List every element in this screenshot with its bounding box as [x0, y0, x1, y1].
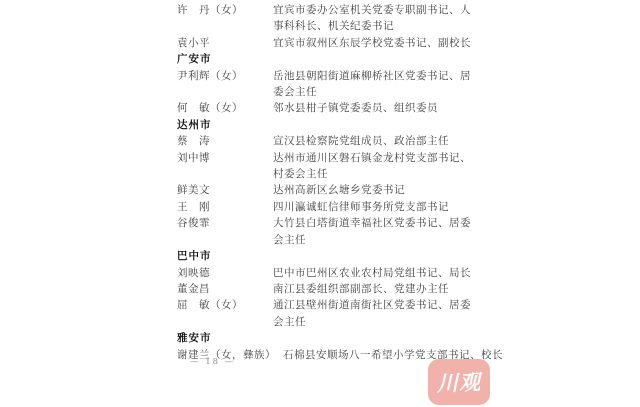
person-row: 谷俊霏大竹县白塔街道幸福社区党委书记、居委会主任 — [177, 215, 487, 248]
person-row: 刘映德巴中市巴州区农业农村局党组书记、局长 — [177, 265, 487, 281]
person-name: 董金昌 — [177, 281, 273, 297]
appointments-list: 许 丹（女）宜宾市委办公室机关党委专职副书记、人事科科长、机关纪委书记袁小平宜宾… — [177, 2, 487, 363]
position-line: 达州高新区幺塘乡党委书记 — [273, 182, 487, 198]
position-line: 巴中市巴州区农业农村局党组书记、局长 — [273, 265, 487, 281]
person-row: 屈 敏（女）通江县壁州街道南街社区党委书记、居委会主任 — [177, 297, 487, 330]
position-line: 委会主任 — [273, 84, 487, 100]
city-header: 广安市 — [177, 51, 487, 67]
person-row: 董金昌南江县委组织部副部长、党建办主任 — [177, 281, 487, 297]
person-name: 袁小平 — [177, 35, 273, 51]
person-row: 袁小平宜宾市叙州区东辰学校党委书记、副校长 — [177, 35, 487, 51]
person-name: 王 刚 — [177, 199, 273, 215]
person-name: 许 丹（女） — [177, 2, 273, 18]
position-line: 宜宾市叙州区东辰学校党委书记、副校长 — [273, 35, 487, 51]
position-line: 四川瀛诚虹信律师事务所党支部书记 — [273, 199, 487, 215]
person-name: 刘中博 — [177, 150, 273, 166]
person-row: 何 敏（女）邻水县柑子镇党委委员、组织委员 — [177, 100, 487, 116]
person-name: 何 敏（女） — [177, 100, 273, 116]
person-position: 宜宾市委办公室机关党委专职副书记、人事科科长、机关纪委书记 — [273, 2, 487, 35]
person-position: 达州高新区幺塘乡党委书记 — [273, 182, 487, 198]
person-position: 岳池县朝阳街道麻柳桥社区党委书记、居委会主任 — [273, 68, 487, 101]
position-line: 岳池县朝阳街道麻柳桥社区党委书记、居 — [273, 68, 487, 84]
person-position: 通江县壁州街道南街社区党委书记、居委会主任 — [273, 297, 487, 330]
person-position: 达州市通川区磐石镇金龙村党支部书记、村委会主任 — [273, 150, 487, 183]
page: { "page": { "background": "#ffffff", "pa… — [0, 0, 640, 407]
person-name: 屈 敏（女） — [177, 297, 273, 313]
person-position: 四川瀛诚虹信律师事务所党支部书记 — [273, 199, 487, 215]
person-row: 刘中博达州市通川区磐石镇金龙村党支部书记、村委会主任 — [177, 150, 487, 183]
person-position: 宣汉县检察院党组成员、政治部主任 — [273, 133, 487, 149]
person-name: 尹利辉（女） — [177, 68, 273, 84]
position-line: 通江县壁州街道南街社区党委书记、居委 — [273, 297, 487, 313]
position-line: 村委会主任 — [273, 166, 487, 182]
city-header: 雅安市 — [177, 330, 487, 346]
person-name: 鲜美文 — [177, 182, 273, 198]
person-position: 宜宾市叙州区东辰学校党委书记、副校长 — [273, 35, 487, 51]
person-row: 鲜美文达州高新区幺塘乡党委书记 — [177, 182, 487, 198]
page-number: — 18 — — [190, 357, 235, 367]
position-line: 达州市通川区磐石镇金龙村党支部书记、 — [273, 150, 487, 166]
person-position: 巴中市巴州区农业农村局党组书记、局长 — [273, 265, 487, 281]
position-line: 大竹县白塔街道幸福社区党委书记、居委 — [273, 215, 487, 231]
position-line: 宣汉县检察院党组成员、政治部主任 — [273, 133, 487, 149]
city-header: 巴中市 — [177, 248, 487, 264]
position-line: 邻水县柑子镇党委委员、组织委员 — [273, 100, 487, 116]
position-line: 会主任 — [273, 232, 487, 248]
person-name: 蔡 涛 — [177, 133, 273, 149]
city-header: 达州市 — [177, 117, 487, 133]
person-position: 邻水县柑子镇党委委员、组织委员 — [273, 100, 487, 116]
person-position: 大竹县白塔街道幸福社区党委书记、居委会主任 — [273, 215, 487, 248]
person-row: 王 刚四川瀛诚虹信律师事务所党支部书记 — [177, 199, 487, 215]
chuanguan-watermark-text: 川观 — [436, 366, 481, 398]
person-name: 谷俊霏 — [177, 215, 273, 231]
person-row: 许 丹（女）宜宾市委办公室机关党委专职副书记、人事科科长、机关纪委书记 — [177, 2, 487, 35]
person-name: 刘映德 — [177, 265, 273, 281]
person-row: 蔡 涛宣汉县检察院党组成员、政治部主任 — [177, 133, 487, 149]
position-line: 宜宾市委办公室机关党委专职副书记、人 — [273, 2, 487, 18]
person-position: 南江县委组织部副部长、党建办主任 — [273, 281, 487, 297]
person-row: 尹利辉（女）岳池县朝阳街道麻柳桥社区党委书记、居委会主任 — [177, 68, 487, 101]
position-line: 南江县委组织部副部长、党建办主任 — [273, 281, 487, 297]
chuanguan-watermark-badge: 川观 — [428, 359, 490, 405]
position-line: 会主任 — [273, 314, 487, 330]
position-line: 事科科长、机关纪委书记 — [273, 18, 487, 34]
